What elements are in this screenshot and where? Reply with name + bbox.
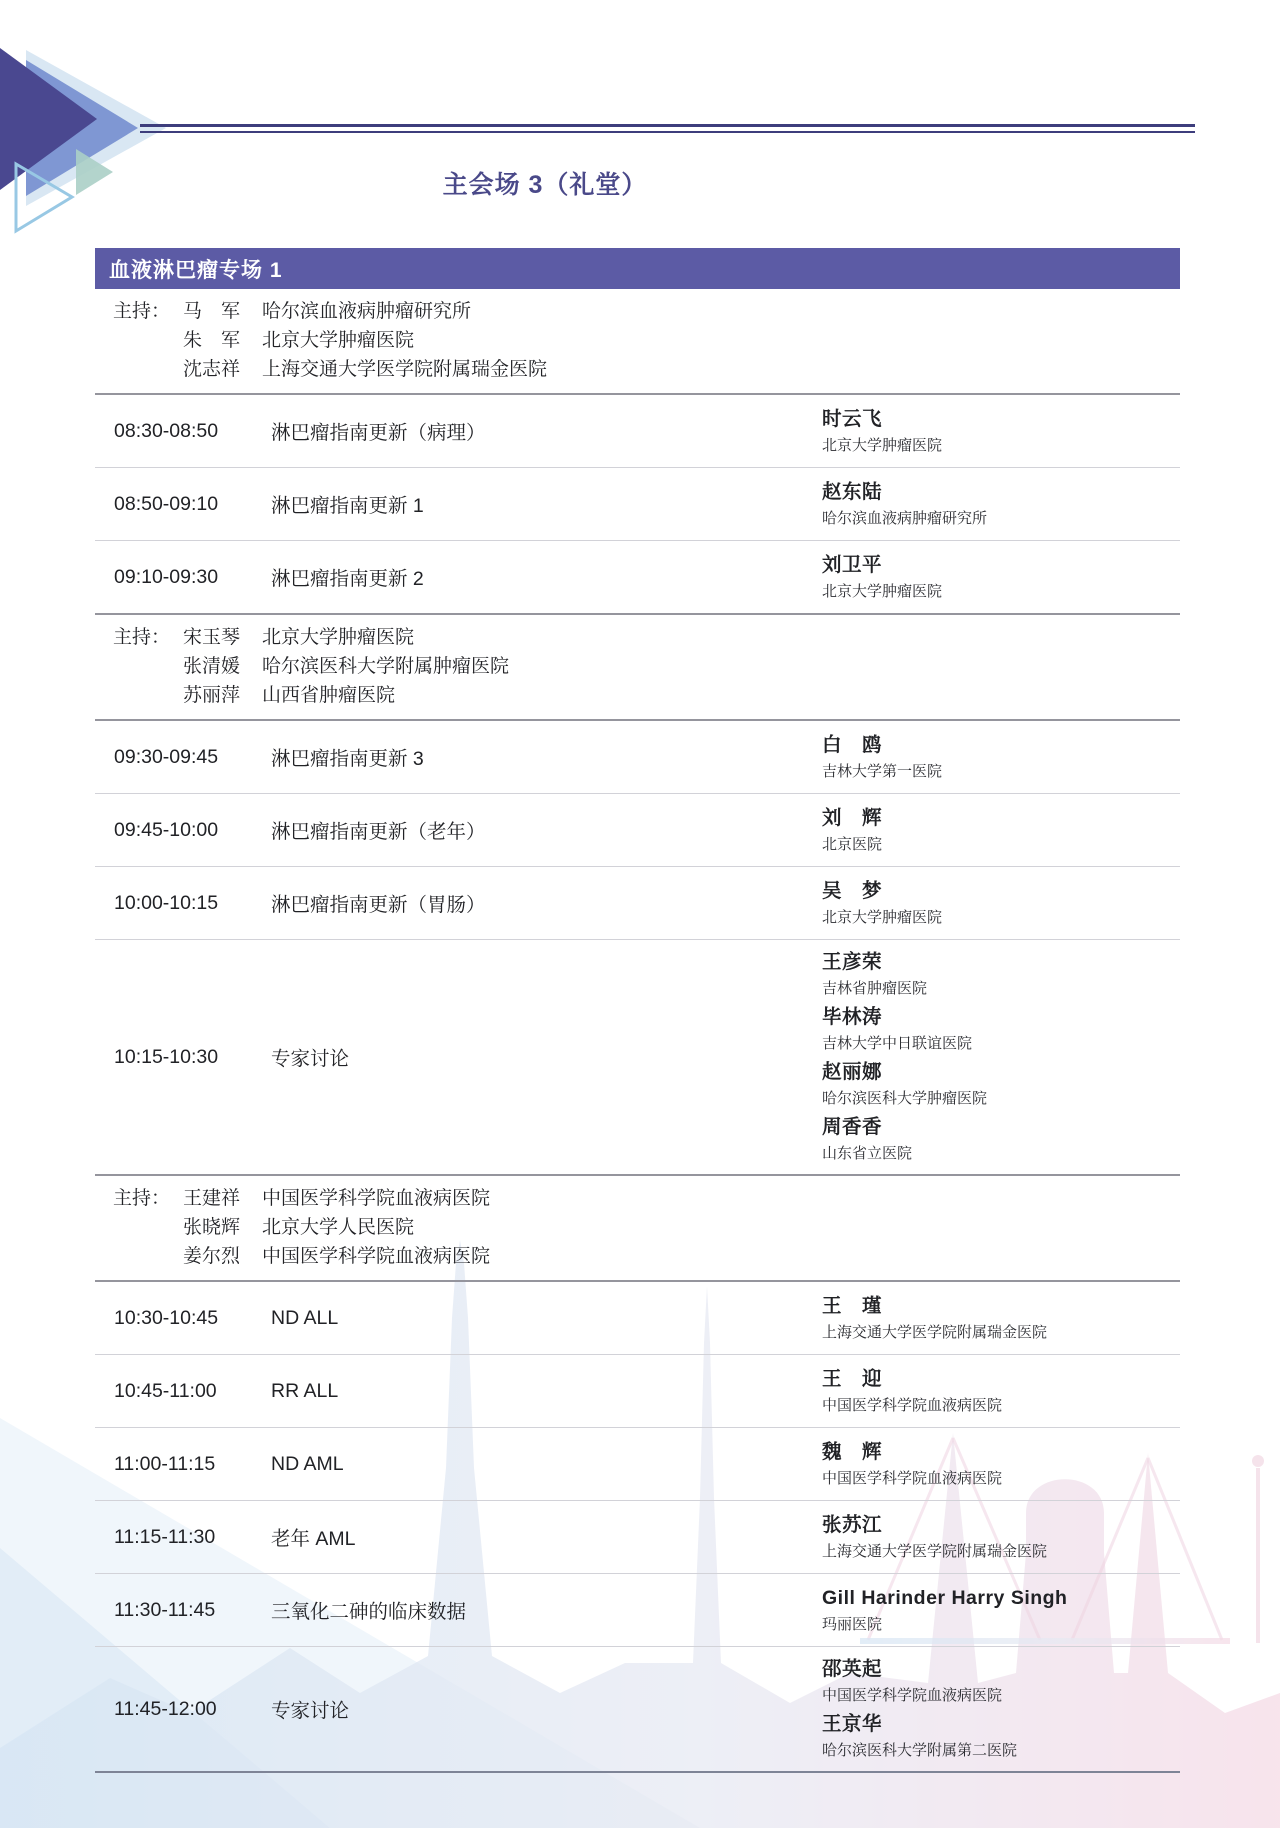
- page-title: 主会场 3（礼堂）: [95, 168, 995, 202]
- row-speakers: 王 迎 中国医学科学院血液病医院: [822, 1362, 1180, 1421]
- moderator-line: 主持： 宋玉琴 北京大学肿瘤医院: [113, 623, 1180, 652]
- row-time: 09:10-09:30: [95, 566, 271, 589]
- speaker-name: 王彦荣: [822, 948, 1180, 976]
- moderator-org: 上海交通大学医学院附属瑞金医院: [262, 355, 547, 384]
- moderator-label: [113, 355, 183, 384]
- speaker-org: 北京大学肿瘤医院: [822, 433, 1180, 458]
- speaker-name: 魏 辉: [822, 1438, 1180, 1466]
- row-topic: 淋巴瘤指南更新 1: [271, 490, 822, 518]
- moderator-org: 山西省肿瘤医院: [262, 681, 395, 710]
- row-topic: 淋巴瘤指南更新 2: [271, 563, 822, 591]
- speaker-name: 吴 梦: [822, 877, 1180, 905]
- speaker: 刘 辉 北京医院: [822, 803, 1180, 858]
- moderator-label: 主持：: [113, 623, 183, 652]
- moderator-label: [113, 681, 183, 710]
- row-time: 10:15-10:30: [95, 1046, 271, 1069]
- moderator-org: 中国医学科学院血液病医院: [262, 1184, 490, 1213]
- moderator-name: 马 军: [183, 297, 262, 326]
- row-speakers: Gill Harinder Harry Singh 玛丽医院: [822, 1581, 1180, 1640]
- speaker-org: 哈尔滨医科大学附属第二医院: [822, 1738, 1180, 1763]
- speaker-org: 哈尔滨医科大学肿瘤医院: [822, 1086, 1180, 1111]
- moderator-line: 张晓辉 北京大学人民医院: [113, 1213, 1180, 1242]
- row-speakers: 时云飞 北京大学肿瘤医院: [822, 402, 1180, 461]
- speaker: 赵丽娜 哈尔滨医科大学肿瘤医院: [822, 1057, 1180, 1112]
- row-speakers: 赵东陆 哈尔滨血液病肿瘤研究所: [822, 475, 1180, 534]
- moderator-name: 宋玉琴: [183, 623, 262, 652]
- speaker: 刘卫平 北京大学肿瘤医院: [822, 550, 1180, 605]
- program-content: 主会场 3（礼堂） 血液淋巴瘤专场 1 主持： 马 军 哈尔滨血液病肿瘤研究所 …: [95, 133, 1180, 1773]
- speaker-name: 白 鸥: [822, 731, 1180, 759]
- speaker: 吴 梦 北京大学肿瘤医院: [822, 876, 1180, 931]
- moderator-org: 哈尔滨血液病肿瘤研究所: [262, 297, 471, 326]
- lamp-post: [1256, 1468, 1260, 1643]
- moderator-label: 主持：: [113, 1184, 183, 1213]
- row-time: 08:30-08:50: [95, 420, 271, 443]
- schedule-row: 10:45-11:00 RR ALL 王 迎 中国医学科学院血液病医院: [95, 1354, 1180, 1427]
- speaker-name: 王 瑾: [822, 1292, 1180, 1320]
- speaker-org: 上海交通大学医学院附属瑞金医院: [822, 1320, 1180, 1345]
- row-topic: RR ALL: [271, 1380, 822, 1403]
- row-time: 11:30-11:45: [95, 1599, 271, 1622]
- speaker-org: 吉林大学中日联谊医院: [822, 1031, 1180, 1056]
- row-topic: 淋巴瘤指南更新（胃肠）: [271, 889, 822, 917]
- row-time: 11:15-11:30: [95, 1526, 271, 1549]
- speaker-name: 王 迎: [822, 1365, 1180, 1393]
- session-header-label: 血液淋巴瘤专场 1: [95, 254, 283, 284]
- speaker: 王彦荣 吉林省肿瘤医院: [822, 947, 1180, 1002]
- speaker: 魏 辉 中国医学科学院血液病医院: [822, 1437, 1180, 1492]
- moderator-name: 张晓辉: [183, 1213, 262, 1242]
- speaker-org: 吉林省肿瘤医院: [822, 976, 1180, 1001]
- schedule-row: 11:30-11:45 三氧化二砷的临床数据 Gill Harinder Har…: [95, 1573, 1180, 1646]
- row-time: 10:30-10:45: [95, 1307, 271, 1330]
- row-time: 10:00-10:15: [95, 892, 271, 915]
- moderator-label: [113, 1213, 183, 1242]
- row-speakers: 王彦荣 吉林省肿瘤医院 毕林涛 吉林大学中日联谊医院 赵丽娜 哈尔滨医科大学肿瘤…: [822, 945, 1180, 1169]
- speaker: 毕林涛 吉林大学中日联谊医院: [822, 1002, 1180, 1057]
- row-time: 10:45-11:00: [95, 1380, 271, 1403]
- speaker-name: 刘 辉: [822, 804, 1180, 832]
- moderator-name: 苏丽萍: [183, 681, 262, 710]
- speaker: 王 瑾 上海交通大学医学院附属瑞金医院: [822, 1291, 1180, 1346]
- row-time: 09:45-10:00: [95, 819, 271, 842]
- schedule-row: 09:45-10:00 淋巴瘤指南更新（老年） 刘 辉 北京医院: [95, 793, 1180, 866]
- program-page: 主会场 3（礼堂） 血液淋巴瘤专场 1 主持： 马 军 哈尔滨血液病肿瘤研究所 …: [0, 0, 1280, 1828]
- schedule-row: 11:15-11:30 老年 AML 张苏江 上海交通大学医学院附属瑞金医院: [95, 1500, 1180, 1573]
- moderator-org: 北京大学肿瘤医院: [262, 326, 414, 355]
- moderator-line: 张清媛 哈尔滨医科大学附属肿瘤医院: [113, 652, 1180, 681]
- schedule-row: 11:45-12:00 专家讨论 邵英起 中国医学科学院血液病医院 王京华 哈尔…: [95, 1646, 1180, 1771]
- moderator-name: 朱 军: [183, 326, 262, 355]
- row-time: 09:30-09:45: [95, 746, 271, 769]
- moderator-label: [113, 1242, 183, 1271]
- moderator-label: [113, 326, 183, 355]
- moderator-line: 主持： 王建祥 中国医学科学院血液病医院: [113, 1184, 1180, 1213]
- header-rule-top: [140, 124, 1195, 127]
- speaker-org: 北京医院: [822, 832, 1180, 857]
- moderator-line: 朱 军 北京大学肿瘤医院: [113, 326, 1180, 355]
- row-speakers: 白 鸥 吉林大学第一医院: [822, 728, 1180, 787]
- speaker: 张苏江 上海交通大学医学院附属瑞金医院: [822, 1510, 1180, 1565]
- row-speakers: 魏 辉 中国医学科学院血液病医院: [822, 1435, 1180, 1494]
- moderator-line: 沈志祥 上海交通大学医学院附属瑞金医院: [113, 355, 1180, 384]
- speaker-name: 周香香: [822, 1113, 1180, 1141]
- moderator-block: 主持： 马 军 哈尔滨血液病肿瘤研究所 朱 军 北京大学肿瘤医院 沈志祥 上海交…: [95, 289, 1180, 395]
- row-topic: 专家讨论: [271, 1043, 822, 1071]
- speaker-org: 上海交通大学医学院附属瑞金医院: [822, 1539, 1180, 1564]
- moderator-line: 主持： 马 军 哈尔滨血液病肿瘤研究所: [113, 297, 1180, 326]
- speaker: 王京华 哈尔滨医科大学附属第二医院: [822, 1709, 1180, 1764]
- row-topic: ND ALL: [271, 1307, 822, 1330]
- speaker: 时云飞 北京大学肿瘤医院: [822, 404, 1180, 459]
- moderator-line: 姜尔烈 中国医学科学院血液病医院: [113, 1242, 1180, 1271]
- schedule-row: 08:30-08:50 淋巴瘤指南更新（病理） 时云飞 北京大学肿瘤医院: [95, 395, 1180, 467]
- speaker-org: 北京大学肿瘤医院: [822, 579, 1180, 604]
- speaker: 邵英起 中国医学科学院血液病医院: [822, 1654, 1180, 1709]
- moderator-name: 王建祥: [183, 1184, 262, 1213]
- moderator-label: 主持：: [113, 297, 183, 326]
- speaker: 白 鸥 吉林大学第一医院: [822, 730, 1180, 785]
- schedule-rows-group: 08:30-08:50 淋巴瘤指南更新（病理） 时云飞 北京大学肿瘤医院 08:…: [95, 395, 1180, 613]
- row-time: 08:50-09:10: [95, 493, 271, 516]
- row-topic: 专家讨论: [271, 1695, 822, 1723]
- speaker-name: 毕林涛: [822, 1003, 1180, 1031]
- row-speakers: 吴 梦 北京大学肿瘤医院: [822, 874, 1180, 933]
- row-speakers: 邵英起 中国医学科学院血液病医院 王京华 哈尔滨医科大学附属第二医院: [822, 1652, 1180, 1766]
- speaker: 周香香 山东省立医院: [822, 1112, 1180, 1167]
- schedule-row: 10:00-10:15 淋巴瘤指南更新（胃肠） 吴 梦 北京大学肿瘤医院: [95, 866, 1180, 939]
- speaker-org: 吉林大学第一医院: [822, 759, 1180, 784]
- moderator-block: 主持： 王建祥 中国医学科学院血液病医院 张晓辉 北京大学人民医院 姜尔烈 中国…: [95, 1174, 1180, 1282]
- schedule-row: 11:00-11:15 ND AML 魏 辉 中国医学科学院血液病医院: [95, 1427, 1180, 1500]
- schedule-table: 主持： 马 军 哈尔滨血液病肿瘤研究所 朱 军 北京大学肿瘤医院 沈志祥 上海交…: [95, 289, 1180, 1773]
- speaker-org: 中国医学科学院血液病医院: [822, 1466, 1180, 1491]
- session-header-bar: 血液淋巴瘤专场 1: [95, 248, 1180, 289]
- speaker-name: 张苏江: [822, 1511, 1180, 1539]
- speaker-org: 山东省立医院: [822, 1141, 1180, 1166]
- row-topic: 三氧化二砷的临床数据: [271, 1596, 822, 1624]
- moderator-label: [113, 652, 183, 681]
- row-topic: 老年 AML: [271, 1523, 822, 1551]
- row-speakers: 王 瑾 上海交通大学医学院附属瑞金医院: [822, 1289, 1180, 1348]
- speaker-name: 王京华: [822, 1710, 1180, 1738]
- speaker: 王 迎 中国医学科学院血液病医院: [822, 1364, 1180, 1419]
- speaker-org: 中国医学科学院血液病医院: [822, 1683, 1180, 1708]
- moderator-line: 苏丽萍 山西省肿瘤医院: [113, 681, 1180, 710]
- lamp-head: [1252, 1455, 1264, 1467]
- moderator-name: 张清媛: [183, 652, 262, 681]
- row-time: 11:45-12:00: [95, 1698, 271, 1721]
- schedule-row: 08:50-09:10 淋巴瘤指南更新 1 赵东陆 哈尔滨血液病肿瘤研究所: [95, 467, 1180, 540]
- speaker-org: 北京大学肿瘤医院: [822, 905, 1180, 930]
- speaker-name: 赵丽娜: [822, 1058, 1180, 1086]
- speaker-name: 时云飞: [822, 405, 1180, 433]
- row-speakers: 刘卫平 北京大学肿瘤医院: [822, 548, 1180, 607]
- speaker-name: 邵英起: [822, 1655, 1180, 1683]
- moderator-org: 中国医学科学院血液病医院: [262, 1242, 490, 1271]
- row-topic: ND AML: [271, 1453, 822, 1476]
- row-topic: 淋巴瘤指南更新（老年）: [271, 816, 822, 844]
- speaker: 赵东陆 哈尔滨血液病肿瘤研究所: [822, 477, 1180, 532]
- moderator-org: 北京大学肿瘤医院: [262, 623, 414, 652]
- schedule-row: 09:30-09:45 淋巴瘤指南更新 3 白 鸥 吉林大学第一医院: [95, 721, 1180, 793]
- schedule-rows-group: 09:30-09:45 淋巴瘤指南更新 3 白 鸥 吉林大学第一医院 09:45…: [95, 721, 1180, 1174]
- moderator-block: 主持： 宋玉琴 北京大学肿瘤医院 张清媛 哈尔滨医科大学附属肿瘤医院 苏丽萍 山…: [95, 613, 1180, 721]
- schedule-row: 09:10-09:30 淋巴瘤指南更新 2 刘卫平 北京大学肿瘤医院: [95, 540, 1180, 613]
- moderator-org: 北京大学人民医院: [262, 1213, 414, 1242]
- speaker-org: 中国医学科学院血液病医院: [822, 1393, 1180, 1418]
- speaker-name: 刘卫平: [822, 551, 1180, 579]
- speaker-name: Gill Harinder Harry Singh: [822, 1584, 1180, 1612]
- row-time: 11:00-11:15: [95, 1453, 271, 1476]
- speaker-org: 哈尔滨血液病肿瘤研究所: [822, 506, 1180, 531]
- row-speakers: 刘 辉 北京医院: [822, 801, 1180, 860]
- schedule-row: 10:30-10:45 ND ALL 王 瑾 上海交通大学医学院附属瑞金医院: [95, 1282, 1180, 1354]
- schedule-rows-group: 10:30-10:45 ND ALL 王 瑾 上海交通大学医学院附属瑞金医院 1…: [95, 1282, 1180, 1773]
- speaker-name: 赵东陆: [822, 478, 1180, 506]
- speaker: Gill Harinder Harry Singh 玛丽医院: [822, 1583, 1180, 1638]
- schedule-row: 10:15-10:30 专家讨论 王彦荣 吉林省肿瘤医院 毕林涛 吉林大学中日联…: [95, 939, 1180, 1174]
- speaker-org: 玛丽医院: [822, 1612, 1180, 1637]
- moderator-name: 姜尔烈: [183, 1242, 262, 1271]
- moderator-org: 哈尔滨医科大学附属肿瘤医院: [262, 652, 509, 681]
- row-topic: 淋巴瘤指南更新（病理）: [271, 417, 822, 445]
- moderator-name: 沈志祥: [183, 355, 262, 384]
- row-speakers: 张苏江 上海交通大学医学院附属瑞金医院: [822, 1508, 1180, 1567]
- row-topic: 淋巴瘤指南更新 3: [271, 743, 822, 771]
